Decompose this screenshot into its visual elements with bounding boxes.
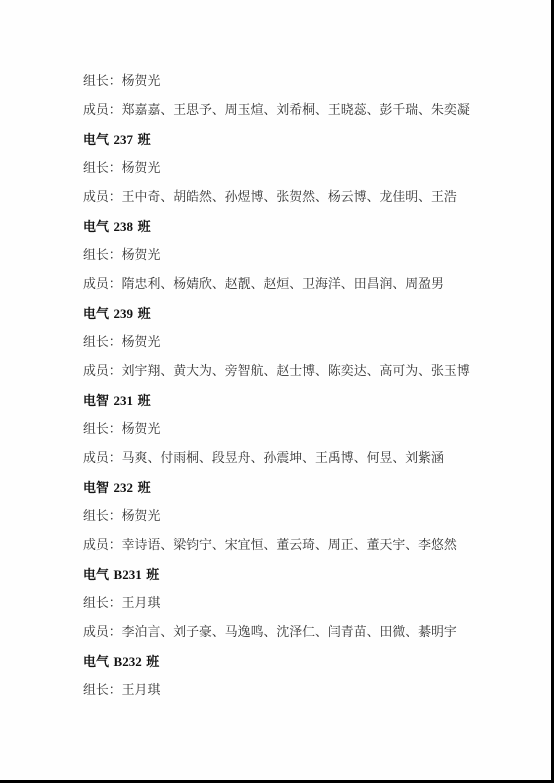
class-heading: 电智 232 班	[83, 473, 503, 502]
class-prefix: 电气	[83, 568, 109, 583]
leader-name: 王月琪	[122, 683, 161, 698]
class-prefix: 电气	[83, 220, 109, 235]
members-line: 成员：王中奇、胡皓然、孙煜博、张贺然、杨云博、龙佳明、王浩	[83, 183, 503, 212]
class-number: B231	[114, 567, 142, 582]
members-names: 幸诗语、梁钧宁、宋宜恒、董云琦、周正、董天宇、李悠然	[122, 538, 457, 553]
class-suffix: 班	[138, 481, 151, 496]
leader-label: 组长：	[83, 509, 122, 524]
members-line: 成员：刘宇翔、黄大为、旁智航、赵士博、陈奕达、高可为、张玉博	[83, 357, 503, 386]
class-prefix: 电气	[83, 307, 109, 322]
class-suffix: 班	[138, 394, 151, 409]
leader-label: 组长：	[83, 422, 122, 437]
class-number: 237	[114, 132, 134, 147]
document-page: 组长：杨贺光 成员：郑嘉嘉、王思予、周玉煊、刘希桐、王晓蕊、彭千瑞、朱奕凝 电气…	[0, 0, 554, 783]
leader-line: 组长：王月琪	[83, 676, 503, 705]
members-names: 李泊言、刘子豪、马逸鸣、沈泽仁、闫青苗、田微、綦明宇	[122, 625, 457, 640]
leader-name: 杨贺光	[122, 161, 161, 176]
members-label: 成员：	[83, 625, 122, 640]
class-suffix: 班	[138, 220, 151, 235]
class-suffix: 班	[146, 568, 159, 583]
leader-line: 组长：杨贺光	[83, 328, 503, 357]
members-names: 郑嘉嘉、王思予、周玉煊、刘希桐、王晓蕊、彭千瑞、朱奕凝	[122, 103, 470, 118]
class-heading: 电智 231 班	[83, 386, 503, 415]
leader-line: 组长：杨贺光	[83, 241, 503, 270]
class-prefix: 电智	[83, 481, 109, 496]
leader-name: 杨贺光	[122, 422, 161, 437]
leader-label: 组长：	[83, 335, 122, 350]
leader-label: 组长：	[83, 248, 122, 263]
leader-label: 组长：	[83, 161, 122, 176]
members-line: 成员：隋忠利、杨婧欣、赵靓、赵烜、卫海洋、田昌润、周盈男	[83, 270, 503, 299]
members-names: 马爽、付雨桐、段昱舟、孙震坤、王禹博、何昱、刘紫涵	[122, 451, 444, 466]
members-line: 成员：马爽、付雨桐、段昱舟、孙震坤、王禹博、何昱、刘紫涵	[83, 444, 503, 473]
class-number: 238	[114, 219, 134, 234]
leader-line: 组长：杨贺光	[83, 154, 503, 183]
class-suffix: 班	[138, 307, 151, 322]
members-label: 成员：	[83, 451, 122, 466]
members-line: 成员：李泊言、刘子豪、马逸鸣、沈泽仁、闫青苗、田微、綦明宇	[83, 618, 503, 647]
class-suffix: 班	[146, 655, 159, 670]
leader-line: 组长：杨贺光	[83, 67, 503, 96]
class-number: 232	[114, 480, 134, 495]
leader-label: 组长：	[83, 683, 122, 698]
class-number: B232	[114, 654, 142, 669]
class-heading: 电气 237 班	[83, 125, 503, 154]
members-line: 成员：幸诗语、梁钧宁、宋宜恒、董云琦、周正、董天宇、李悠然	[83, 531, 503, 560]
leader-line: 组长：杨贺光	[83, 415, 503, 444]
class-heading: 电气 239 班	[83, 299, 503, 328]
members-line: 成员：郑嘉嘉、王思予、周玉煊、刘希桐、王晓蕊、彭千瑞、朱奕凝	[83, 96, 503, 125]
class-prefix: 电智	[83, 394, 109, 409]
leader-line: 组长：杨贺光	[83, 502, 503, 531]
leader-name: 杨贺光	[122, 74, 161, 89]
members-label: 成员：	[83, 277, 122, 292]
members-label: 成员：	[83, 103, 122, 118]
leader-name: 王月琪	[122, 596, 161, 611]
class-number: 231	[114, 393, 134, 408]
class-prefix: 电气	[83, 655, 109, 670]
members-names: 王中奇、胡皓然、孙煜博、张贺然、杨云博、龙佳明、王浩	[122, 190, 457, 205]
document-content: 组长：杨贺光 成员：郑嘉嘉、王思予、周玉煊、刘希桐、王晓蕊、彭千瑞、朱奕凝 电气…	[83, 67, 503, 705]
class-heading: 电气 B231 班	[83, 560, 503, 589]
members-names: 隋忠利、杨婧欣、赵靓、赵烜、卫海洋、田昌润、周盈男	[122, 277, 444, 292]
leader-name: 杨贺光	[122, 509, 161, 524]
leader-label: 组长：	[83, 74, 122, 89]
class-heading: 电气 B232 班	[83, 647, 503, 676]
members-names: 刘宇翔、黄大为、旁智航、赵士博、陈奕达、高可为、张玉博	[122, 364, 470, 379]
class-suffix: 班	[138, 133, 151, 148]
class-prefix: 电气	[83, 133, 109, 148]
leader-name: 杨贺光	[122, 248, 161, 263]
class-heading: 电气 238 班	[83, 212, 503, 241]
leader-label: 组长：	[83, 596, 122, 611]
class-number: 239	[114, 306, 134, 321]
members-label: 成员：	[83, 190, 122, 205]
leader-name: 杨贺光	[122, 335, 161, 350]
members-label: 成员：	[83, 364, 122, 379]
leader-line: 组长：王月琪	[83, 589, 503, 618]
members-label: 成员：	[83, 538, 122, 553]
